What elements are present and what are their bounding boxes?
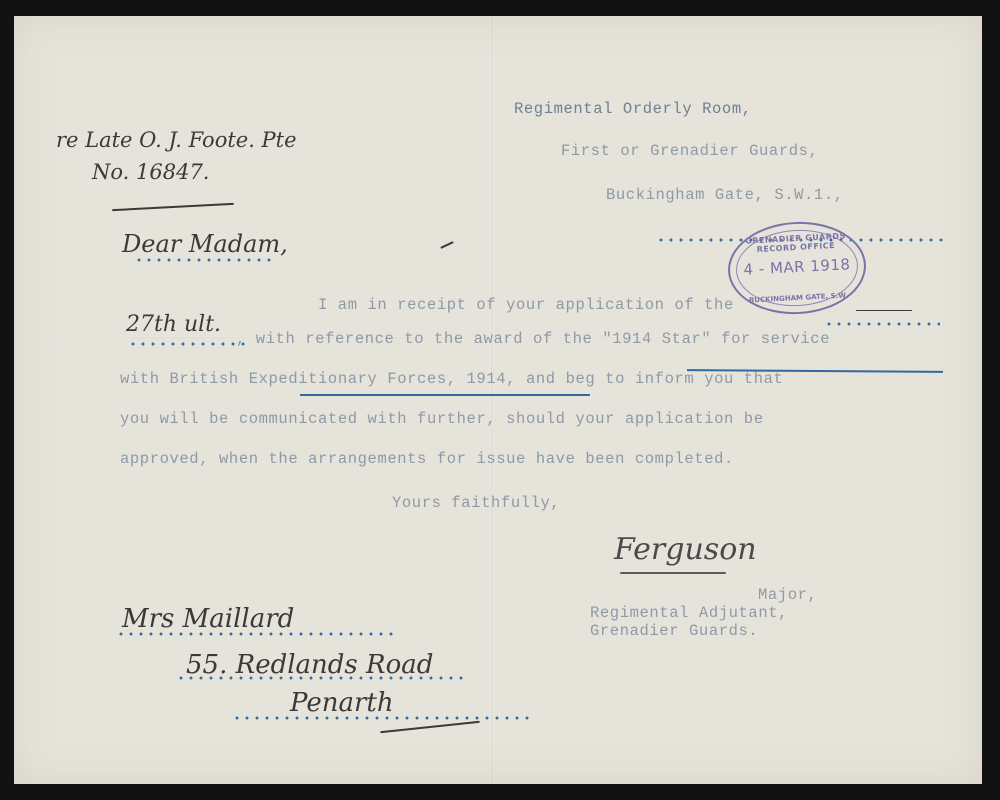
letterhead-line2: First or Grenadier Guards, <box>561 142 818 160</box>
letterhead-line1: Regimental Orderly Room, <box>514 100 752 118</box>
letterhead-line3: Buckingham Gate, S.W.1., <box>606 186 844 204</box>
addressee-name-dotted-line <box>116 632 396 636</box>
signature-rank: Major, <box>758 586 817 604</box>
fold-line-vertical <box>490 16 492 784</box>
signature-unit: Grenadier Guards. <box>590 622 758 640</box>
body-line4: you will be communicated with further, s… <box>120 410 764 428</box>
body-line3: with British Expeditionary Forces, 1914,… <box>120 370 783 388</box>
salutation-dotted-line <box>134 258 274 262</box>
addressee-town: Penarth <box>290 688 394 718</box>
closing: Yours faithfully, <box>392 494 560 512</box>
addressee-town-dotted-line <box>232 716 532 720</box>
signature-title: Regimental Adjutant, <box>590 604 788 622</box>
salutation: Dear Madam, <box>122 230 288 258</box>
addressee-street-dotted-line <box>176 676 466 680</box>
signature: Ferguson <box>614 532 757 567</box>
body-line1: I am in receipt of your application of t… <box>318 296 734 314</box>
expeditionary-underline <box>300 394 590 396</box>
signature-underline <box>620 572 726 574</box>
handwritten-date: 27th ult. <box>126 312 221 337</box>
reference-line1: re Late O. J. Foote. Pte <box>56 128 297 152</box>
pencil-mark <box>856 310 912 311</box>
handwritten-date-dotted-line <box>128 342 248 346</box>
body-line2: , with reference to the award of the "19… <box>236 330 830 348</box>
date-blank-dotted-line <box>824 322 940 326</box>
addressee-name: Mrs Maillard <box>122 604 294 634</box>
body-line5: approved, when the arrangements for issu… <box>120 450 734 468</box>
reference-line2: No. 16847. <box>92 160 209 184</box>
